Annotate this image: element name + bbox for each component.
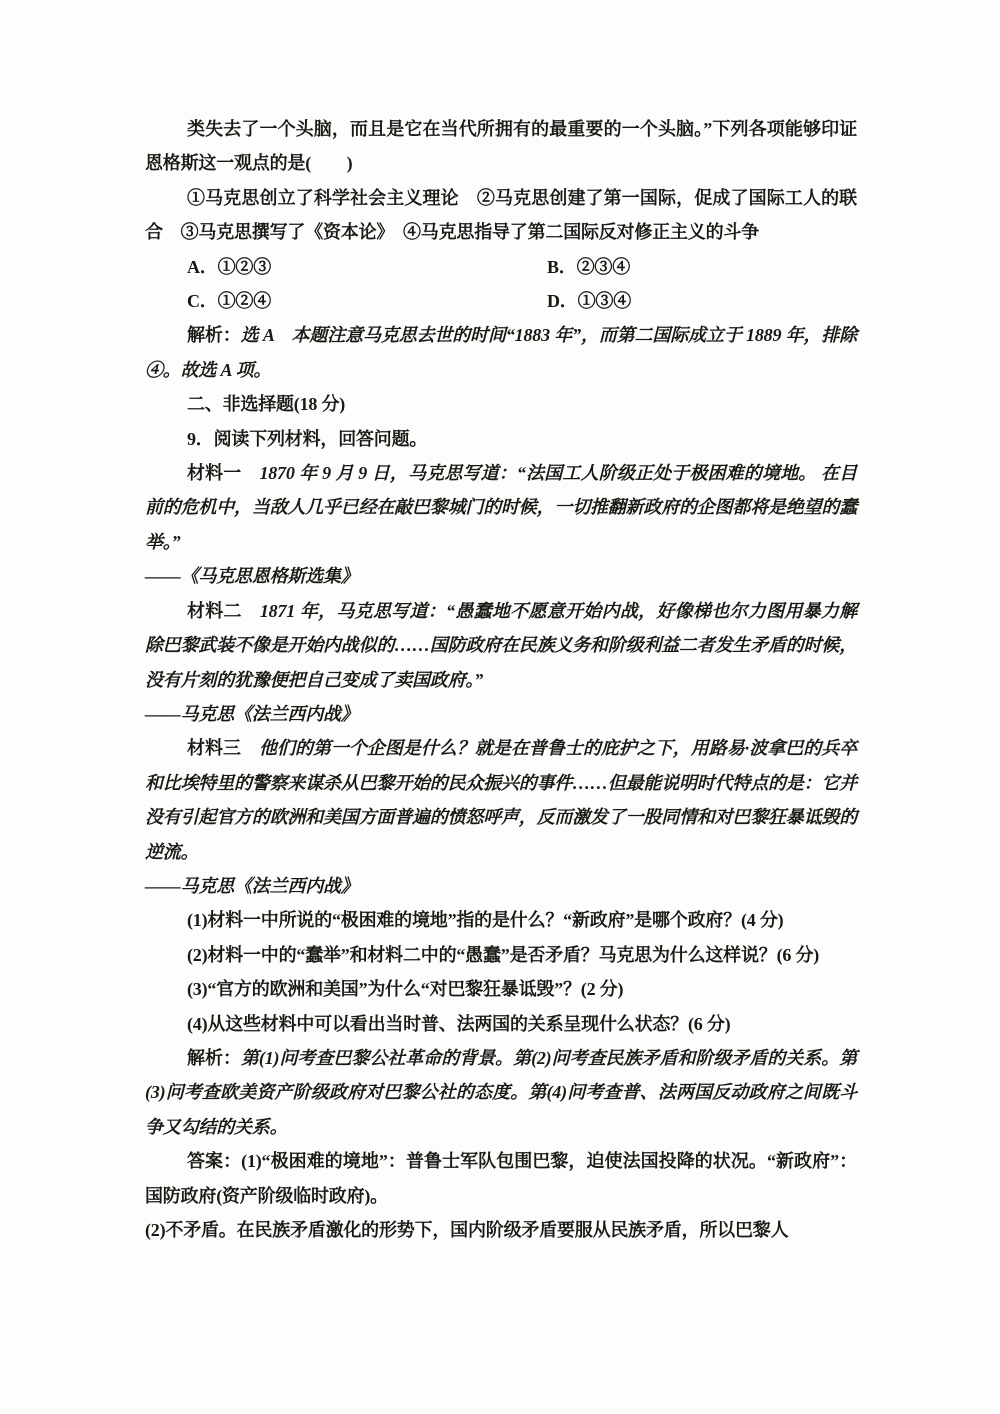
q9-question-3: (3)“官方的欧洲和美国”为什么“对巴黎狂暴诋毁”？(2 分) bbox=[145, 972, 857, 1006]
q9-question-4: (4)从这些材料中可以看出当时普、法两国的关系呈现什么状态？(6 分) bbox=[145, 1007, 857, 1041]
material-1-label: 材料一 bbox=[187, 463, 241, 483]
material-1-source: ——《马克思恩格斯选集》 bbox=[145, 559, 857, 593]
section-2-heading: 二、非选择题(18 分) bbox=[145, 387, 857, 421]
q9-material-1: 材料一1870 年 9 月 9 日，马克思写道：“法国工人阶级正处于极困难的境地… bbox=[145, 456, 857, 559]
q8-analysis: 解析：选 A 本题注意马克思去世的时间“1883 年”，而第二国际成立于 188… bbox=[145, 318, 857, 387]
q8-analysis-label: 解析： bbox=[187, 325, 241, 345]
q9-material-3: 材料三他们的第一个企图是什么？就是在普鲁士的庇护之下，用路易·波拿巴的兵卒和比埃… bbox=[145, 731, 857, 869]
q8-numbered-statements: ①马克思创立了科学社会主义理论 ②马克思创建了第一国际，促成了国际工人的联合 ③… bbox=[145, 181, 857, 250]
document-page: 类失去了一个头脑，而且是它在当代所拥有的最重要的一个头脑。”下列各项能够印证恩格… bbox=[0, 0, 1000, 1414]
q8-stem-continuation: 类失去了一个头脑，而且是它在当代所拥有的最重要的一个头脑。”下列各项能够印证恩格… bbox=[145, 112, 857, 181]
q9-question-2: (2)材料一中的“蠢举”和材料二中的“愚蠢”是否矛盾？马克思为什么这样说？(6 … bbox=[145, 938, 857, 972]
q9-analysis-label: 解析： bbox=[187, 1048, 241, 1068]
option-b: B．②③④ bbox=[547, 250, 857, 284]
material-3-text: 他们的第一个企图是什么？就是在普鲁士的庇护之下，用路易·波拿巴的兵卒和比埃特里的… bbox=[145, 738, 857, 861]
material-2-text: 1871 年，马克思写道：“愚蠢地不愿意开始内战，好像梯也尔力图用暴力解除巴黎武… bbox=[145, 601, 857, 690]
q9-analysis-text: 第(1)问考查巴黎公社革命的背景。第(2)问考查民族矛盾和阶级矛盾的关系。第(3… bbox=[145, 1048, 857, 1137]
q9-intro: 9．阅读下列材料，回答问题。 bbox=[145, 422, 857, 456]
q9-question-1: (1)材料一中所说的“极困难的境地”指的是什么？“新政府”是哪个政府？(4 分) bbox=[145, 903, 857, 937]
option-a: A．①②③ bbox=[145, 250, 547, 284]
material-2-label: 材料二 bbox=[187, 601, 242, 621]
q9-material-2: 材料二1871 年，马克思写道：“愚蠢地不愿意开始内战，好像梯也尔力图用暴力解除… bbox=[145, 594, 857, 697]
material-3-source: ——马克思《法兰西内战》 bbox=[145, 869, 857, 903]
q9-answer-part-2: (2)不矛盾。在民族矛盾激化的形势下，国内阶级矛盾要服从民族矛盾，所以巴黎人 bbox=[145, 1213, 857, 1247]
q9-analysis: 解析：第(1)问考查巴黎公社革命的背景。第(2)问考查民族矛盾和阶级矛盾的关系。… bbox=[145, 1041, 857, 1144]
q9-answer-label: 答案： bbox=[187, 1151, 241, 1171]
material-3-label: 材料三 bbox=[187, 738, 241, 758]
option-c: C．①②④ bbox=[145, 284, 547, 318]
material-2-source: ——马克思《法兰西内战》 bbox=[145, 697, 857, 731]
q9-answer-part-1: 答案：(1)“极困难的境地”：普鲁士军队包围巴黎，迫使法国投降的状况。“新政府”… bbox=[145, 1144, 857, 1213]
q8-analysis-text: 选 A 本题注意马克思去世的时间“1883 年”，而第二国际成立于 1889 年… bbox=[145, 325, 857, 379]
material-1-text: 1870 年 9 月 9 日，马克思写道：“法国工人阶级正处于极困难的境地。 在… bbox=[145, 463, 857, 552]
option-d: D．①③④ bbox=[547, 284, 857, 318]
q9-answer-text-1: (1)“极困难的境地”：普鲁士军队包围巴黎，迫使法国投降的状况。“新政府”：国防… bbox=[145, 1151, 857, 1205]
q8-options: A．①②③ B．②③④ C．①②④ D．①③④ bbox=[145, 250, 857, 319]
